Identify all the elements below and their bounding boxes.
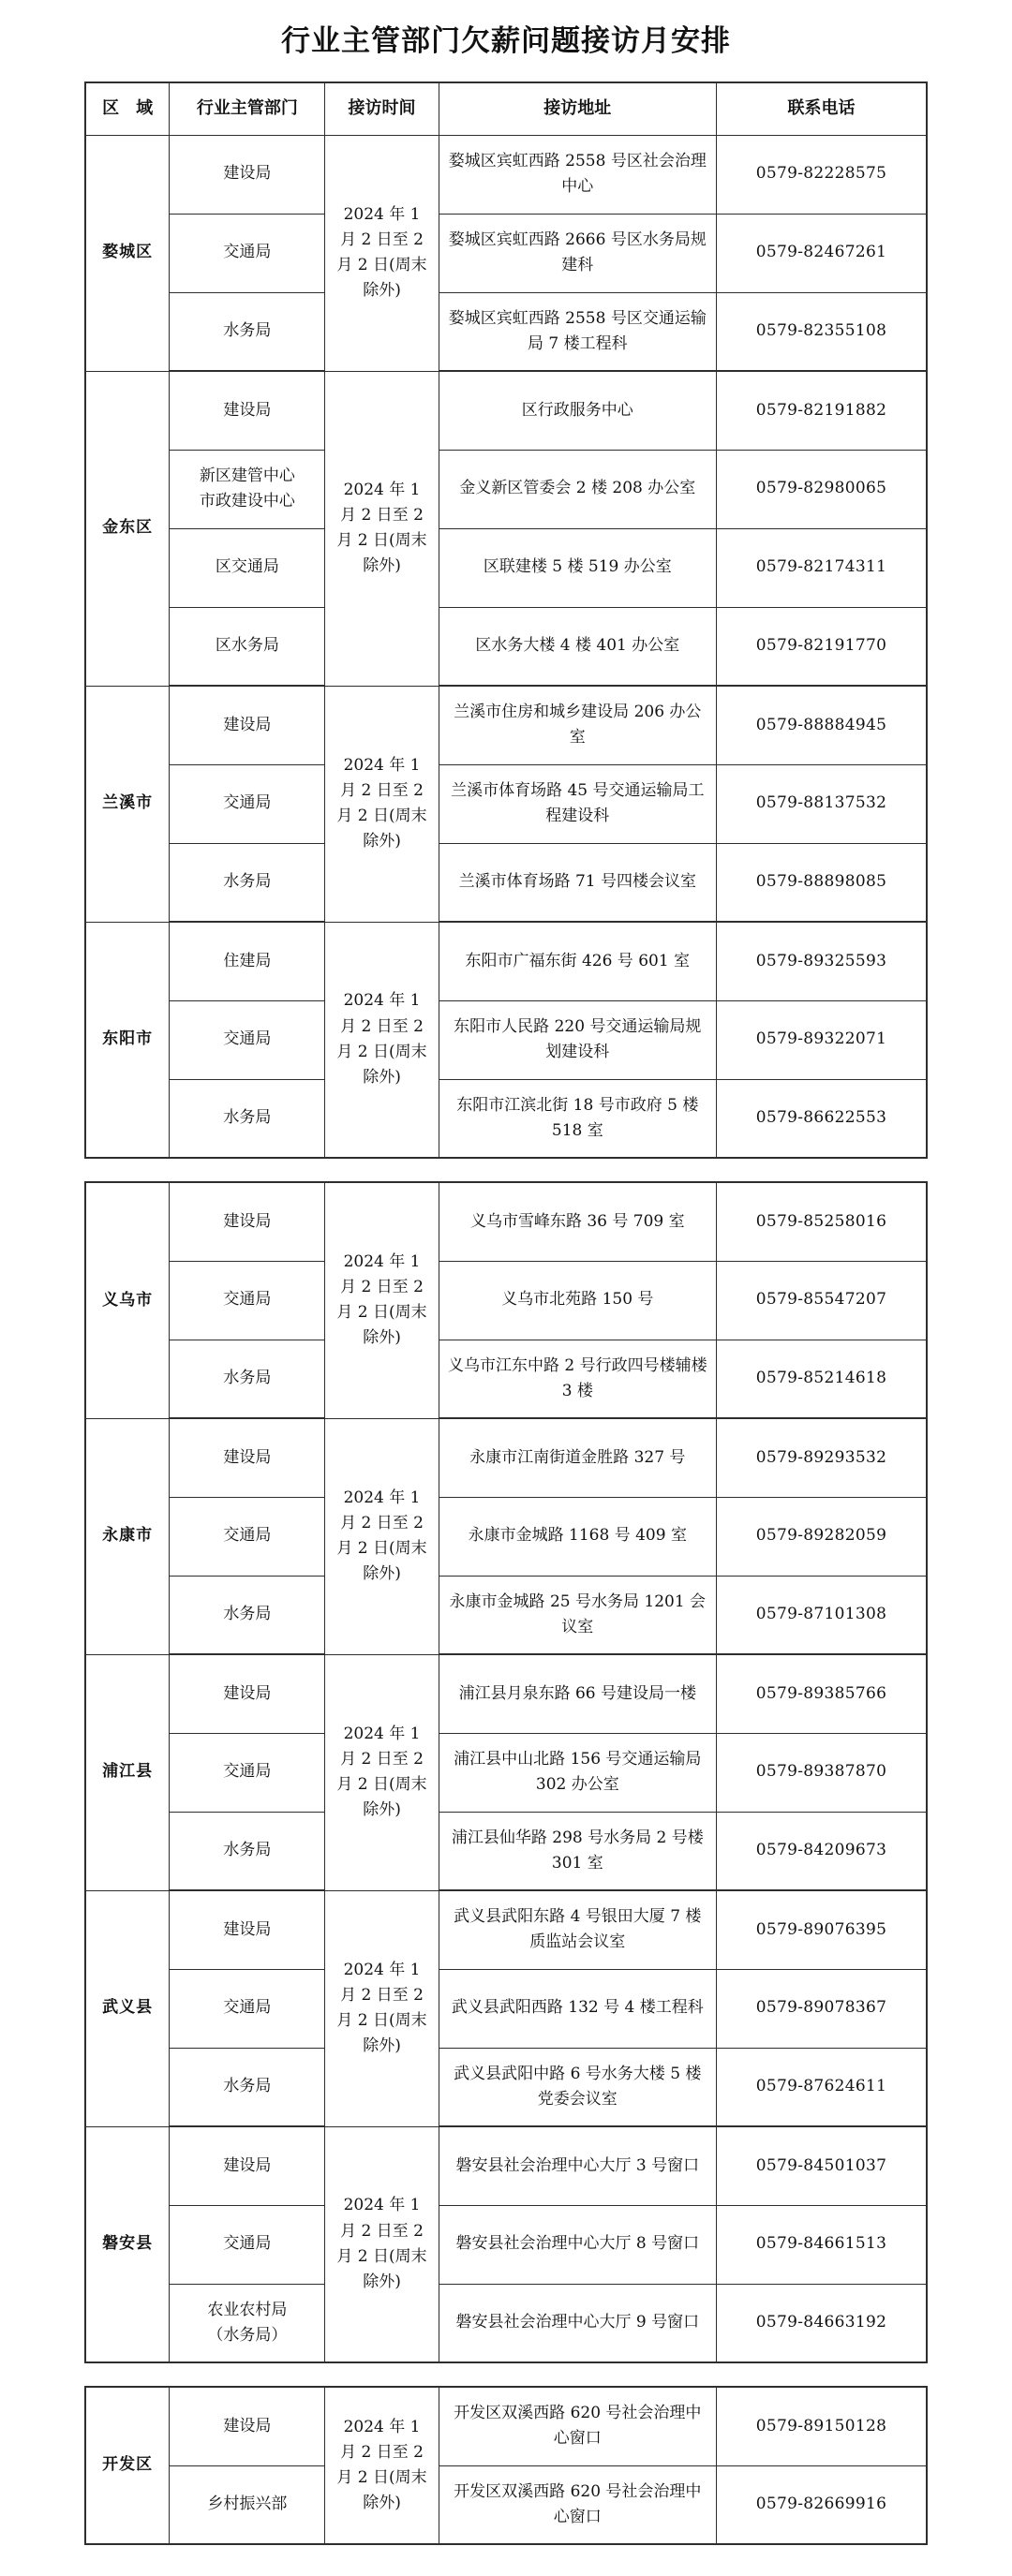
- address-cell: 磐安县社会治理中心大厅 9 号窗口: [439, 2284, 716, 2362]
- table-row: 水务局武义县武阳中路 6 号水务大楼 5 楼党委会议室0579-87624611: [85, 2048, 927, 2126]
- phone-cell: 0579-85547207: [716, 1261, 927, 1340]
- region-cell: 东阳市: [85, 922, 170, 1158]
- phone-cell: 0579-84661513: [716, 2205, 927, 2284]
- address-cell: 东阳市广福东街 426 号 601 室: [439, 922, 716, 1000]
- time-cell: 2024 年 1 月 2 日至 2 月 2 日(周末除外): [325, 2387, 439, 2544]
- phone-cell: 0579-84501037: [716, 2126, 927, 2205]
- table-row: 农业农村局 （水务局）磐安县社会治理中心大厅 9 号窗口0579-8466319…: [85, 2284, 927, 2362]
- department-cell: 区交通局: [170, 528, 325, 607]
- phone-cell: 0579-89076395: [716, 1890, 927, 1969]
- department-cell: 交通局: [170, 2205, 325, 2284]
- region-cell: 兰溪市: [85, 686, 170, 922]
- department-cell: 水务局: [170, 1576, 325, 1654]
- table-row: 水务局东阳市江滨北街 18 号市政府 5 楼 518 室0579-8662255…: [85, 1079, 927, 1158]
- address-cell: 东阳市人民路 220 号交通运输局规划建设科: [439, 1000, 716, 1079]
- time-cell: 2024 年 1 月 2 日至 2 月 2 日(周末除外): [325, 1654, 439, 1890]
- department-cell: 乡村振兴部: [170, 2465, 325, 2544]
- column-header-2: 行业主管部门: [170, 82, 325, 135]
- table-row: 开发区建设局2024 年 1 月 2 日至 2 月 2 日(周末除外)开发区双溪…: [85, 2387, 927, 2465]
- department-cell: 建设局: [170, 2126, 325, 2205]
- region-cell: 开发区: [85, 2387, 170, 2544]
- region-cell: 武义县: [85, 1890, 170, 2126]
- table-row: 交通局婺城区宾虹西路 2666 号区水务局规建科0579-82467261: [85, 214, 927, 292]
- phone-cell: 0579-88137532: [716, 764, 927, 843]
- phone-cell: 0579-89325593: [716, 922, 927, 1000]
- department-cell: 水务局: [170, 1812, 325, 1890]
- department-cell: 水务局: [170, 292, 325, 371]
- table-row: 乡村振兴部开发区双溪西路 620 号社会治理中心窗口0579-82669916: [85, 2465, 927, 2544]
- address-cell: 义乌市北苑路 150 号: [439, 1261, 716, 1340]
- address-cell: 磐安县社会治理中心大厅 3 号窗口: [439, 2126, 716, 2205]
- phone-cell: 0579-82980065: [716, 450, 927, 528]
- address-cell: 浦江县仙华路 298 号水务局 2 号楼 301 室: [439, 1812, 716, 1890]
- address-cell: 义乌市雪峰东路 36 号 709 室: [439, 1182, 716, 1261]
- time-cell: 2024 年 1 月 2 日至 2 月 2 日(周末除外): [325, 135, 439, 371]
- phone-cell: 0579-89385766: [716, 1654, 927, 1733]
- region-cell: 永康市: [85, 1418, 170, 1654]
- department-cell: 交通局: [170, 214, 325, 292]
- table-row: 交通局浦江县中山北路 156 号交通运输局 302 办公室0579-893878…: [85, 1733, 927, 1812]
- schedule-table-3: 开发区建设局2024 年 1 月 2 日至 2 月 2 日(周末除外)开发区双溪…: [84, 2386, 928, 2545]
- time-cell: 2024 年 1 月 2 日至 2 月 2 日(周末除外): [325, 1182, 439, 1418]
- table-row: 婺城区建设局2024 年 1 月 2 日至 2 月 2 日(周末除外)婺城区宾虹…: [85, 135, 927, 214]
- table-row: 水务局婺城区宾虹西路 2558 号区交通运输局 7 楼工程科0579-82355…: [85, 292, 927, 371]
- phone-cell: 0579-84209673: [716, 1812, 927, 1890]
- time-cell: 2024 年 1 月 2 日至 2 月 2 日(周末除外): [325, 686, 439, 922]
- schedule-tables: 区 域行业主管部门接访时间接访地址联系电话婺城区建设局2024 年 1 月 2 …: [0, 81, 1012, 2545]
- department-cell: 建设局: [170, 371, 325, 450]
- phone-cell: 0579-89322071: [716, 1000, 927, 1079]
- table-row: 区交通局区联建楼 5 楼 519 办公室0579-82174311: [85, 528, 927, 607]
- phone-cell: 0579-82355108: [716, 292, 927, 371]
- department-cell: 交通局: [170, 1261, 325, 1340]
- phone-cell: 0579-87624611: [716, 2048, 927, 2126]
- phone-cell: 0579-82228575: [716, 135, 927, 214]
- table-row: 交通局兰溪市体育场路 45 号交通运输局工程建设科0579-88137532: [85, 764, 927, 843]
- address-cell: 武义县武阳西路 132 号 4 楼工程科: [439, 1969, 716, 2048]
- department-cell: 建设局: [170, 1418, 325, 1497]
- address-cell: 婺城区宾虹西路 2558 号区交通运输局 7 楼工程科: [439, 292, 716, 371]
- phone-cell: 0579-89078367: [716, 1969, 927, 2048]
- table-row: 交通局武义县武阳西路 132 号 4 楼工程科0579-89078367: [85, 1969, 927, 2048]
- table-row: 永康市建设局2024 年 1 月 2 日至 2 月 2 日(周末除外)永康市江南…: [85, 1418, 927, 1497]
- address-cell: 永康市金城路 1168 号 409 室: [439, 1497, 716, 1576]
- department-cell: 水务局: [170, 1340, 325, 1418]
- table-row: 交通局磐安县社会治理中心大厅 8 号窗口0579-84661513: [85, 2205, 927, 2284]
- phone-cell: 0579-84663192: [716, 2284, 927, 2362]
- department-cell: 区水务局: [170, 607, 325, 686]
- table-row: 东阳市住建局2024 年 1 月 2 日至 2 月 2 日(周末除外)东阳市广福…: [85, 922, 927, 1000]
- schedule-table-2: 义乌市建设局2024 年 1 月 2 日至 2 月 2 日(周末除外)义乌市雪峰…: [84, 1181, 928, 2363]
- time-cell: 2024 年 1 月 2 日至 2 月 2 日(周末除外): [325, 1890, 439, 2126]
- phone-cell: 0579-82191770: [716, 607, 927, 686]
- time-cell: 2024 年 1 月 2 日至 2 月 2 日(周末除外): [325, 371, 439, 686]
- phone-cell: 0579-86622553: [716, 1079, 927, 1158]
- phone-cell: 0579-82467261: [716, 214, 927, 292]
- address-cell: 浦江县中山北路 156 号交通运输局 302 办公室: [439, 1733, 716, 1812]
- table-row: 交通局东阳市人民路 220 号交通运输局规划建设科0579-89322071: [85, 1000, 927, 1079]
- table-row: 水务局义乌市江东中路 2 号行政四号楼辅楼 3 楼0579-85214618: [85, 1340, 927, 1418]
- address-cell: 区行政服务中心: [439, 371, 716, 450]
- address-cell: 东阳市江滨北街 18 号市政府 5 楼 518 室: [439, 1079, 716, 1158]
- address-cell: 义乌市江东中路 2 号行政四号楼辅楼 3 楼: [439, 1340, 716, 1418]
- address-cell: 兰溪市住房和城乡建设局 206 办公室: [439, 686, 716, 764]
- department-cell: 住建局: [170, 922, 325, 1000]
- phone-cell: 0579-89387870: [716, 1733, 927, 1812]
- region-cell: 义乌市: [85, 1182, 170, 1418]
- address-cell: 区联建楼 5 楼 519 办公室: [439, 528, 716, 607]
- address-cell: 婺城区宾虹西路 2666 号区水务局规建科: [439, 214, 716, 292]
- department-cell: 交通局: [170, 1969, 325, 2048]
- address-cell: 兰溪市体育场路 45 号交通运输局工程建设科: [439, 764, 716, 843]
- address-cell: 婺城区宾虹西路 2558 号区社会治理中心: [439, 135, 716, 214]
- column-header-4: 接访地址: [439, 82, 716, 135]
- region-cell: 浦江县: [85, 1654, 170, 1890]
- table-row: 交通局义乌市北苑路 150 号0579-85547207: [85, 1261, 927, 1340]
- address-cell: 磐安县社会治理中心大厅 8 号窗口: [439, 2205, 716, 2284]
- time-cell: 2024 年 1 月 2 日至 2 月 2 日(周末除外): [325, 922, 439, 1158]
- department-cell: 水务局: [170, 1079, 325, 1158]
- column-header-5: 联系电话: [716, 82, 927, 135]
- table-row: 义乌市建设局2024 年 1 月 2 日至 2 月 2 日(周末除外)义乌市雪峰…: [85, 1182, 927, 1261]
- address-cell: 永康市江南街道金胜路 327 号: [439, 1418, 716, 1497]
- address-cell: 开发区双溪西路 620 号社会治理中心窗口: [439, 2465, 716, 2544]
- phone-cell: 0579-88898085: [716, 843, 927, 922]
- table-row: 武义县建设局2024 年 1 月 2 日至 2 月 2 日(周末除外)武义县武阳…: [85, 1890, 927, 1969]
- department-cell: 建设局: [170, 686, 325, 764]
- department-cell: 建设局: [170, 135, 325, 214]
- header-row: 区 域行业主管部门接访时间接访地址联系电话: [85, 82, 927, 135]
- phone-cell: 0579-85258016: [716, 1182, 927, 1261]
- time-cell: 2024 年 1 月 2 日至 2 月 2 日(周末除外): [325, 1418, 439, 1654]
- department-cell: 建设局: [170, 1182, 325, 1261]
- region-cell: 婺城区: [85, 135, 170, 371]
- table-row: 水务局兰溪市体育场路 71 号四楼会议室0579-88898085: [85, 843, 927, 922]
- table-row: 磐安县建设局2024 年 1 月 2 日至 2 月 2 日(周末除外)磐安县社会…: [85, 2126, 927, 2205]
- page: 行业主管部门欠薪问题接访月安排 区 域行业主管部门接访时间接访地址联系电话婺城区…: [0, 0, 1012, 2576]
- department-cell: 水务局: [170, 843, 325, 922]
- table-row: 交通局永康市金城路 1168 号 409 室0579-89282059: [85, 1497, 927, 1576]
- phone-cell: 0579-89293532: [716, 1418, 927, 1497]
- department-cell: 建设局: [170, 1654, 325, 1733]
- department-cell: 建设局: [170, 1890, 325, 1969]
- address-cell: 永康市金城路 25 号水务局 1201 会议室: [439, 1576, 716, 1654]
- phone-cell: 0579-88884945: [716, 686, 927, 764]
- phone-cell: 0579-89282059: [716, 1497, 927, 1576]
- department-cell: 农业农村局 （水务局）: [170, 2284, 325, 2362]
- address-cell: 武义县武阳中路 6 号水务大楼 5 楼党委会议室: [439, 2048, 716, 2126]
- table-row: 金东区建设局2024 年 1 月 2 日至 2 月 2 日(周末除外)区行政服务…: [85, 371, 927, 450]
- table-row: 水务局浦江县仙华路 298 号水务局 2 号楼 301 室0579-842096…: [85, 1812, 927, 1890]
- department-cell: 水务局: [170, 2048, 325, 2126]
- address-cell: 武义县武阳东路 4 号银田大厦 7 楼质监站会议室: [439, 1890, 716, 1969]
- address-cell: 浦江县月泉东路 66 号建设局一楼: [439, 1654, 716, 1733]
- address-cell: 金义新区管委会 2 楼 208 办公室: [439, 450, 716, 528]
- schedule-table-1: 区 域行业主管部门接访时间接访地址联系电话婺城区建设局2024 年 1 月 2 …: [84, 81, 928, 1159]
- department-cell: 交通局: [170, 1000, 325, 1079]
- department-cell: 交通局: [170, 1497, 325, 1576]
- phone-cell: 0579-82669916: [716, 2465, 927, 2544]
- table-row: 新区建管中心 市政建设中心金义新区管委会 2 楼 208 办公室0579-829…: [85, 450, 927, 528]
- phone-cell: 0579-82191882: [716, 371, 927, 450]
- region-cell: 磐安县: [85, 2126, 170, 2362]
- table-row: 兰溪市建设局2024 年 1 月 2 日至 2 月 2 日(周末除外)兰溪市住房…: [85, 686, 927, 764]
- phone-cell: 0579-87101308: [716, 1576, 927, 1654]
- table-row: 区水务局区水务大楼 4 楼 401 办公室0579-82191770: [85, 607, 927, 686]
- address-cell: 区水务大楼 4 楼 401 办公室: [439, 607, 716, 686]
- time-cell: 2024 年 1 月 2 日至 2 月 2 日(周末除外): [325, 2126, 439, 2362]
- table-row: 水务局永康市金城路 25 号水务局 1201 会议室0579-87101308: [85, 1576, 927, 1654]
- phone-cell: 0579-85214618: [716, 1340, 927, 1418]
- column-header-1: 区 域: [85, 82, 170, 135]
- region-cell: 金东区: [85, 371, 170, 686]
- department-cell: 交通局: [170, 764, 325, 843]
- address-cell: 开发区双溪西路 620 号社会治理中心窗口: [439, 2387, 716, 2465]
- department-cell: 新区建管中心 市政建设中心: [170, 450, 325, 528]
- address-cell: 兰溪市体育场路 71 号四楼会议室: [439, 843, 716, 922]
- phone-cell: 0579-89150128: [716, 2387, 927, 2465]
- department-cell: 建设局: [170, 2387, 325, 2465]
- page-title: 行业主管部门欠薪问题接访月安排: [0, 17, 1012, 59]
- phone-cell: 0579-82174311: [716, 528, 927, 607]
- column-header-3: 接访时间: [325, 82, 439, 135]
- department-cell: 交通局: [170, 1733, 325, 1812]
- table-row: 浦江县建设局2024 年 1 月 2 日至 2 月 2 日(周末除外)浦江县月泉…: [85, 1654, 927, 1733]
